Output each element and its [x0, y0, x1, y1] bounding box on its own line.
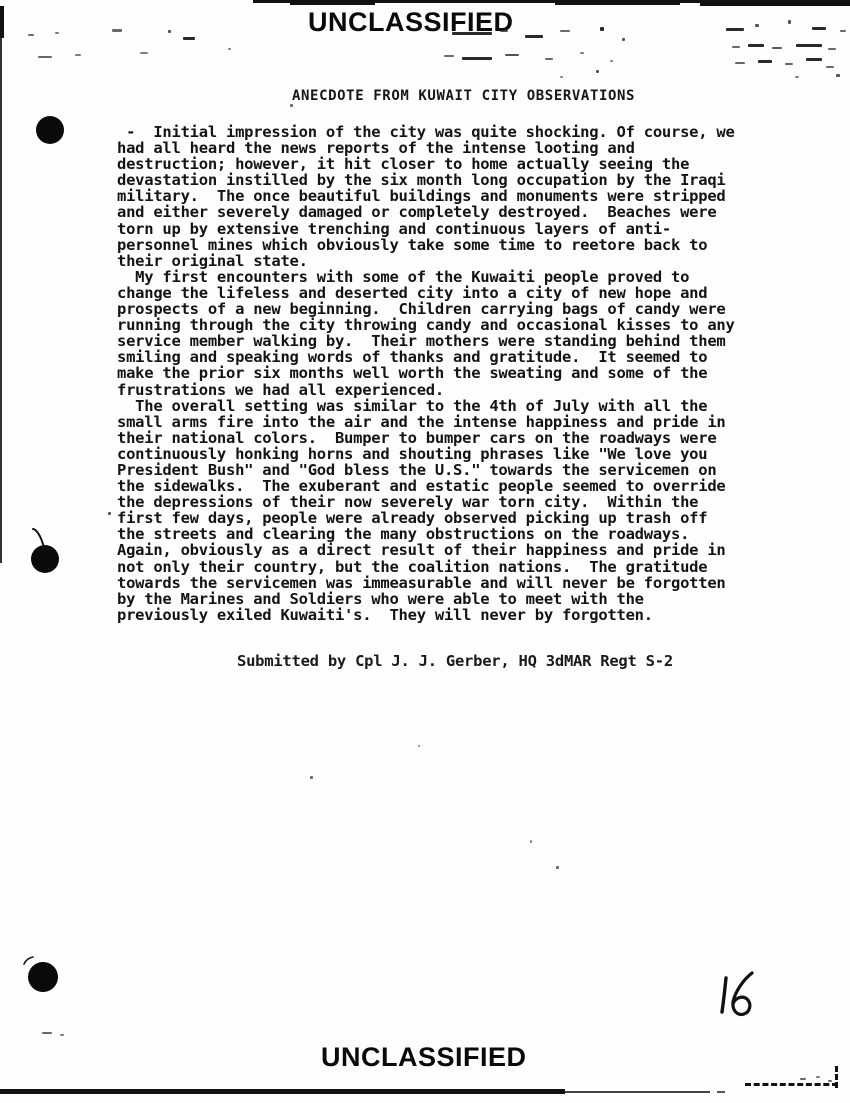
hole-punch-smudge — [30, 526, 52, 552]
hole-punch-mark — [36, 116, 64, 144]
scan-edge-bottom — [565, 1091, 710, 1093]
classification-banner-bottom: UNCLASSIFIED — [321, 1042, 527, 1073]
scan-dash-line — [745, 1083, 838, 1086]
scan-edge-left — [0, 38, 2, 563]
document-body: - Initial impression of the city was qui… — [117, 124, 735, 623]
scan-edge-top — [290, 0, 375, 5]
hole-punch-smudge — [22, 954, 42, 972]
scan-edge-top — [555, 0, 680, 5]
scanned-document-page: UNCLASSIFIED — [0, 0, 850, 1103]
scan-edge-left — [0, 6, 4, 38]
submitted-by-line: Submitted by Cpl J. J. Gerber, HQ 3dMAR … — [237, 652, 673, 670]
scan-edge-bottom — [0, 1089, 565, 1094]
scan-edge-top — [700, 0, 850, 6]
scan-dash-corner — [835, 1066, 838, 1088]
document-title: ANECDOTE FROM KUWAIT CITY OBSERVATIONS — [292, 88, 635, 104]
scan-edge-bottom — [717, 1091, 725, 1093]
handwritten-page-number — [712, 970, 764, 1022]
